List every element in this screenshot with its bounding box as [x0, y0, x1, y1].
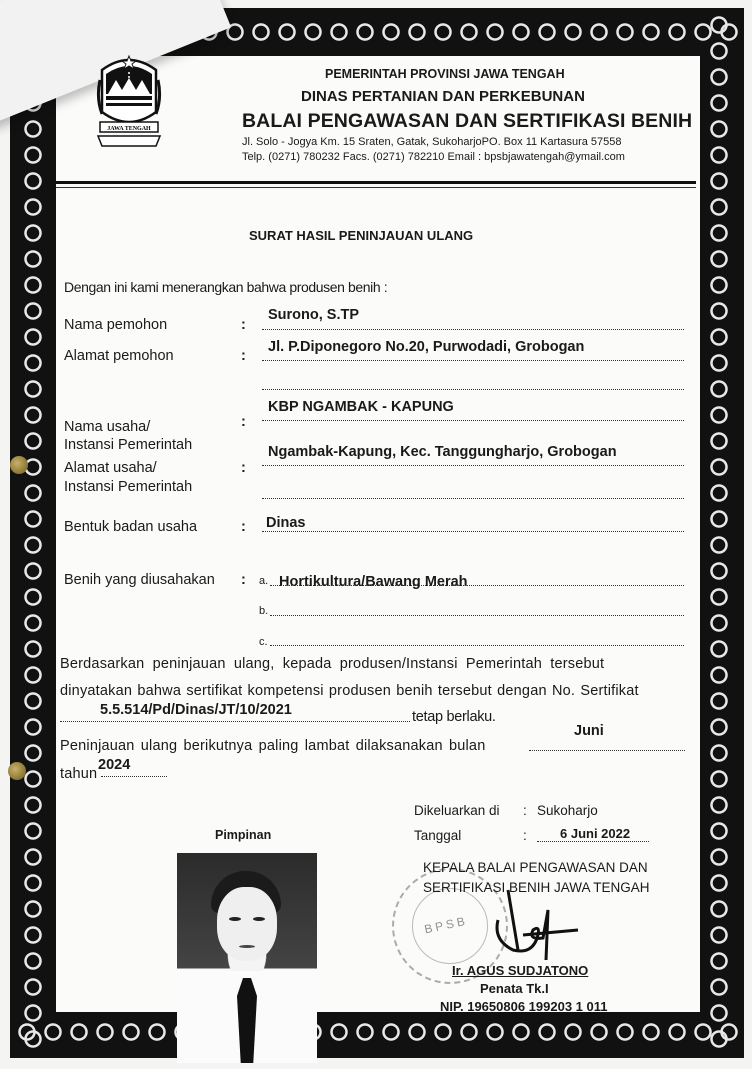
central-java-emblem-icon: JAWA TENGAH [96, 50, 162, 154]
dotted-line [270, 615, 684, 616]
statement-line-1: Berdasarkan peninjauan ulang, kepada pro… [60, 656, 604, 672]
wave-border-right [700, 12, 740, 1054]
next-review-month: Juni [574, 723, 604, 739]
position-line-1: KEPALA BALAI PENGAWASAN DAN [423, 860, 648, 875]
letterhead-province: PEMERINTAH PROVINSI JAWA TENGAH [325, 67, 565, 81]
value-nama-usaha: KBP NGAMBAK - KAPUNG [268, 399, 454, 415]
label-alamat-pemohon: Alamat pemohon [64, 348, 174, 364]
document-title: SURAT HASIL PENINJAUAN ULANG [249, 228, 473, 243]
signatory-rank: Penata Tk.I [480, 981, 549, 996]
document-intro: Dengan ini kami menerangkan bahwa produs… [64, 279, 387, 295]
dotted-line [262, 329, 684, 330]
benih-marker-b: b. [259, 605, 268, 617]
dotted-line [101, 776, 167, 777]
colon: : [523, 828, 527, 843]
dotted-line [270, 585, 684, 586]
dotted-line [537, 841, 649, 842]
colon: : [523, 803, 527, 818]
dotted-line [262, 465, 684, 466]
dotted-line [270, 645, 684, 646]
issued-at-value: Sukoharjo [537, 803, 598, 818]
letterhead-address: Jl. Solo - Jogya Km. 15 Sraten, Gatak, S… [242, 136, 622, 148]
signatory-nip: NIP. 19650806 199203 1 011 [440, 999, 607, 1014]
letterhead-rule-thin [56, 187, 696, 188]
colon: : [241, 317, 246, 333]
colon: : [241, 414, 246, 430]
benih-marker-c: c. [259, 636, 268, 648]
dotted-line [262, 498, 684, 499]
staple-icon [8, 762, 26, 780]
staple-icon [10, 456, 28, 474]
letterhead-office: BALAI PENGAWASAN DAN SERTIFIKASI BENIH [242, 110, 692, 133]
value-alamat-pemohon: Jl. P.Diponegoro No.20, Purwodadi, Grobo… [268, 339, 584, 355]
value-bentuk-badan-usaha: Dinas [266, 515, 306, 531]
label-nama-pemohon: Nama pemohon [64, 317, 167, 333]
year-label: tahun [60, 766, 97, 782]
issued-at-label: Dikeluarkan di [414, 803, 500, 818]
signatory-name: Ir. AGUS SUDJATONO [452, 963, 588, 978]
benih-marker-a: a. [259, 575, 268, 587]
colon: : [241, 519, 246, 535]
label-alamat-usaha-sub: Instansi Pemerintah [64, 479, 192, 495]
svg-text:JAWA TENGAH: JAWA TENGAH [107, 126, 151, 132]
next-review-text: Peninjauan ulang berikutnya paling lamba… [60, 738, 485, 754]
label-bentuk-badan-usaha: Bentuk badan usaha [64, 519, 197, 535]
statement-suffix: tetap berlaku. [412, 709, 496, 725]
letterhead-rule [56, 181, 696, 184]
photo-caption: Pimpinan [215, 828, 271, 842]
certificate-number: 5.5.514/Pd/Dinas/JT/10/2021 [100, 702, 292, 718]
colon: : [241, 572, 246, 588]
statement-line-2: dinyatakan bahwa sertifikat kompetensi p… [60, 683, 639, 699]
dotted-line [60, 721, 410, 722]
date-label: Tanggal [414, 828, 461, 843]
dotted-line [262, 360, 684, 361]
label-nama-usaha-sub: Instansi Pemerintah [64, 437, 192, 453]
colon: : [241, 460, 246, 476]
signature-icon [488, 880, 588, 970]
label-benih: Benih yang diusahakan [64, 572, 215, 588]
value-benih-a: Hortikultura/Bawang Merah [279, 574, 468, 590]
wave-border-bottom [14, 1012, 740, 1054]
label-alamat-usaha: Alamat usaha/ [64, 460, 157, 476]
next-review-year: 2024 [98, 757, 130, 773]
dotted-line [262, 531, 684, 532]
value-alamat-usaha: Ngambak-Kapung, Kec. Tanggungharjo, Grob… [268, 444, 617, 460]
wave-border-left [14, 12, 52, 1054]
dotted-line [529, 750, 685, 751]
letterhead-contact: Telp. (0271) 780232 Facs. (0271) 782210 … [242, 151, 625, 163]
colon: : [241, 348, 246, 364]
dotted-line [262, 389, 684, 390]
dotted-line [262, 420, 684, 421]
date-value: 6 Juni 2022 [560, 826, 630, 841]
label-nama-usaha: Nama usaha/ [64, 419, 150, 435]
letterhead-department: DINAS PERTANIAN DAN PERKEBUNAN [301, 88, 585, 105]
value-nama-pemohon: Surono, S.TP [268, 307, 359, 323]
leader-photo [177, 853, 317, 1063]
